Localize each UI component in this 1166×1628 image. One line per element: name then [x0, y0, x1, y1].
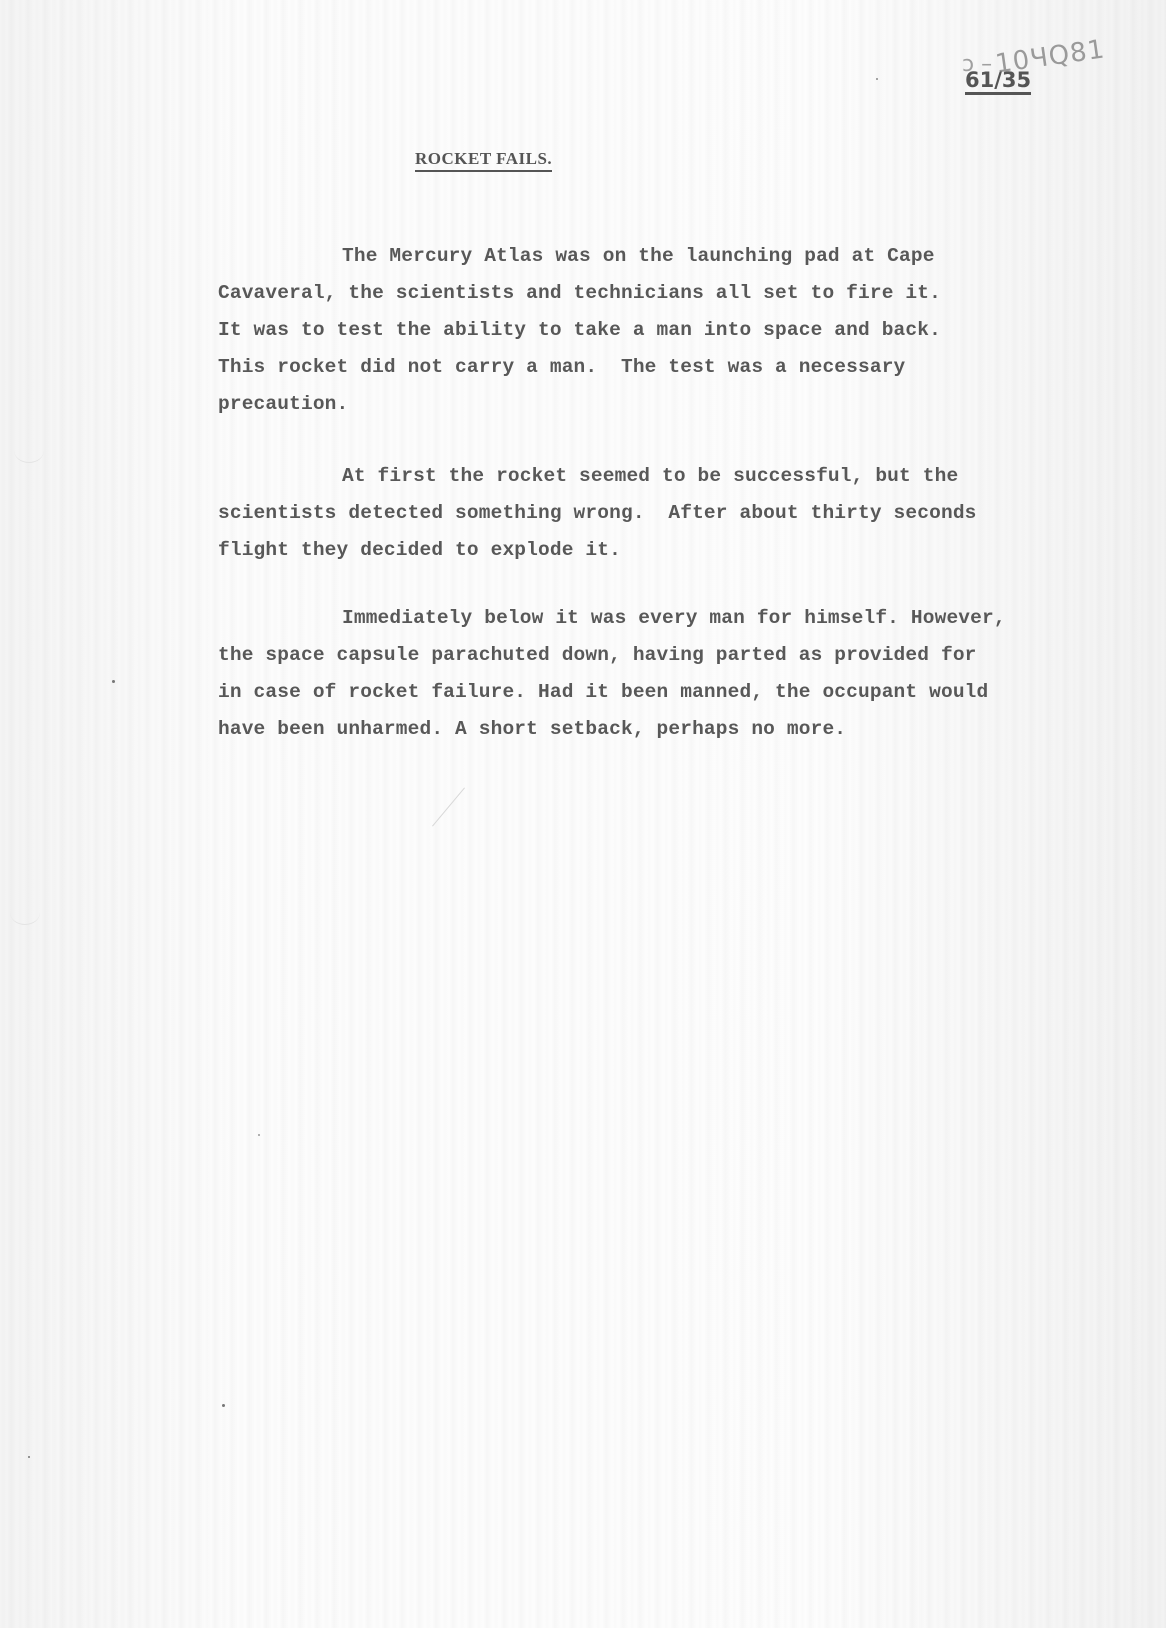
text-line: Cavaveral, the scientists and technician… [218, 275, 1038, 312]
text-line: The Mercury Atlas was on the launching p… [218, 238, 1038, 275]
scan-speck [28, 1456, 30, 1458]
paragraph-1: The Mercury Atlas was on the launching p… [218, 238, 1038, 423]
faint-pencil-stroke [432, 788, 465, 827]
page-number: 61/35 [965, 70, 1031, 95]
text-line: It was to test the ability to take a man… [218, 312, 1038, 349]
text-line: flight they decided to explode it. [218, 532, 1038, 569]
text-line: This rocket did not carry a man. The tes… [218, 349, 1038, 386]
text-line: At first the rocket seemed to be success… [218, 458, 1038, 495]
scan-speck [876, 78, 878, 80]
scan-speck [258, 1134, 260, 1136]
text-line: precaution. [218, 386, 1038, 423]
paragraph-3: Immediately below it was every man for h… [218, 600, 1038, 748]
punch-hole-mark [14, 438, 44, 463]
text-line: the space capsule parachuted down, havin… [218, 637, 1038, 674]
scan-speck [222, 1404, 225, 1407]
text-line: Immediately below it was every man for h… [218, 600, 1038, 637]
text-line: in case of rocket failure. Had it been m… [218, 674, 1038, 711]
document-title: ROCKET FAILS. [415, 150, 552, 172]
text-line: scientists detected something wrong. Aft… [218, 495, 1038, 532]
paragraph-2: At first the rocket seemed to be success… [218, 458, 1038, 569]
text-line: have been unharmed. A short setback, per… [218, 711, 1038, 748]
punch-hole-mark [10, 900, 40, 925]
scan-speck [112, 680, 115, 683]
scanned-page: ↄ – 10ЧQ81 61/35 ROCKET FAILS. The Mercu… [0, 0, 1166, 1628]
